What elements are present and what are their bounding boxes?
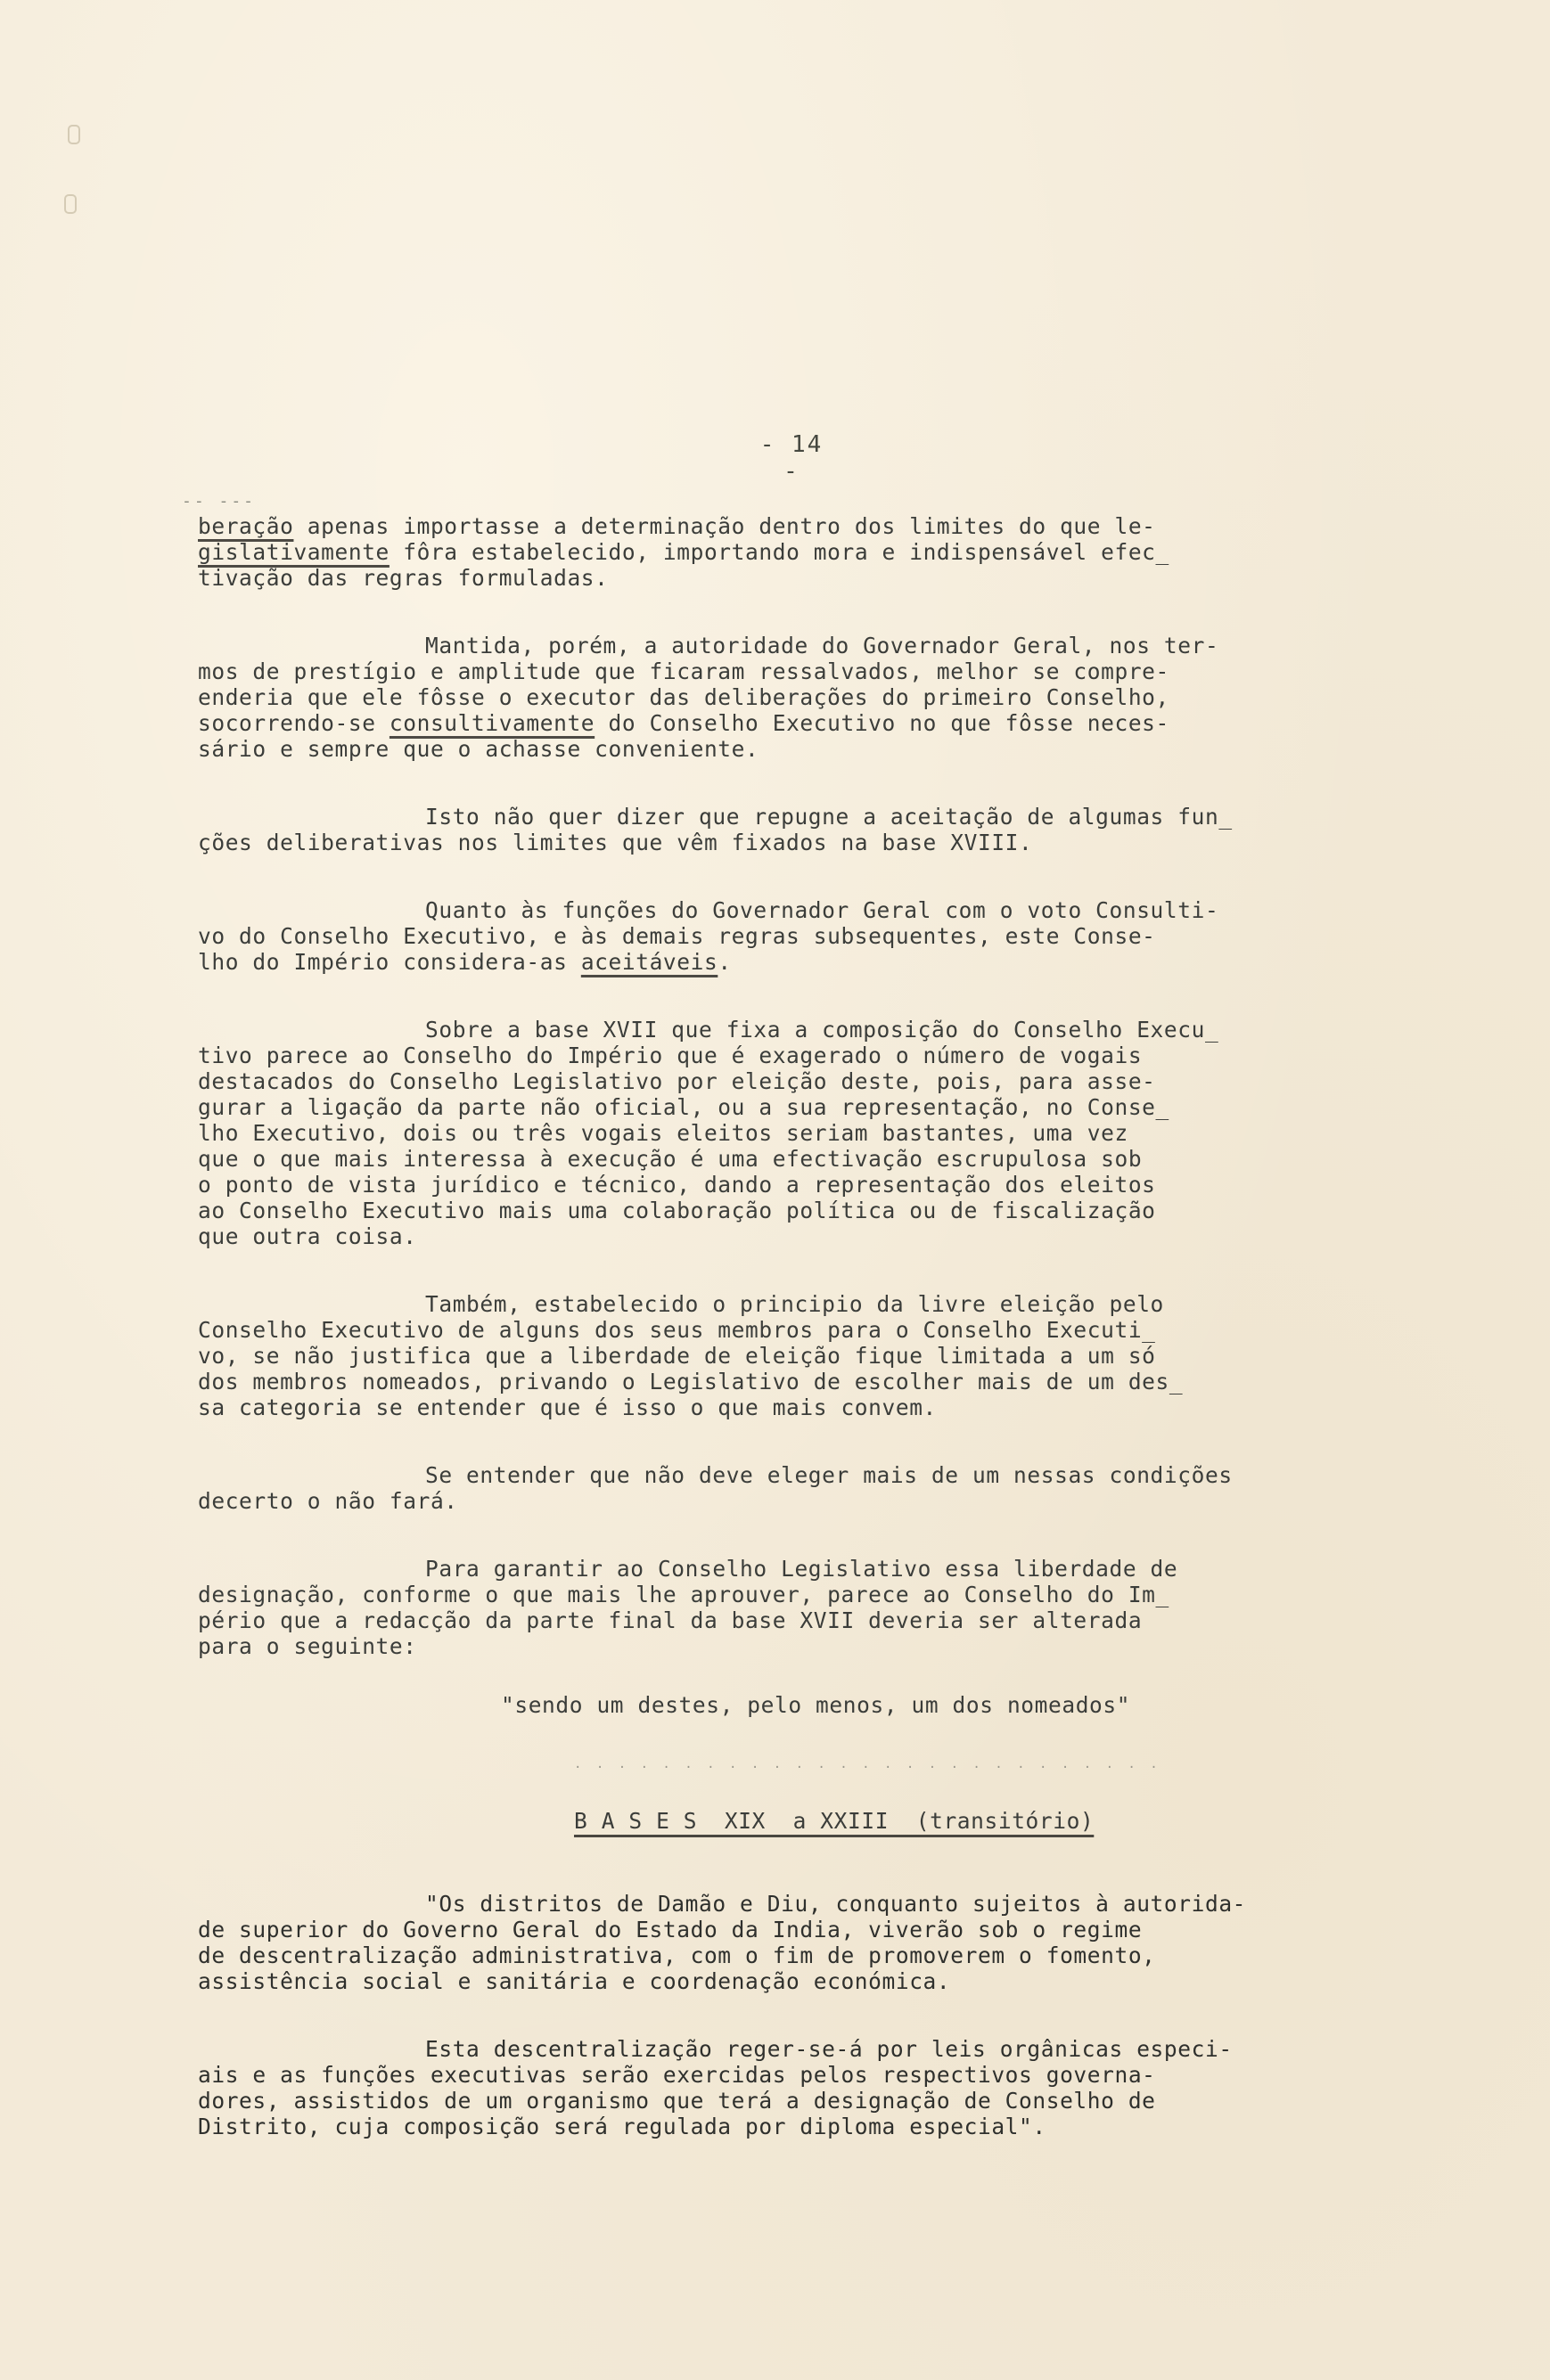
text-line: que outra coisa. (198, 1223, 1446, 1249)
text-line: o ponto de vista jurídico e técnico, dan… (198, 1172, 1446, 1198)
text-line: Distrito, cuja composição será regulada … (198, 2114, 1446, 2139)
paragraph: Também, estabelecido o principio da livr… (198, 1291, 1446, 1420)
text-line: Também, estabelecido o principio da livr… (198, 1291, 1446, 1317)
text-line: dos membros nomeados, privando o Legisla… (198, 1369, 1446, 1394)
text-line: para o seguinte: (198, 1633, 1446, 1659)
text-line: lho do Império considera-as aceitáveis. (198, 949, 1446, 975)
document-body: beração apenas importasse a determinação… (198, 513, 1446, 2181)
text-line: enderia que ele fôsse o executor das del… (198, 684, 1446, 710)
text-line: "Os distritos de Damão e Diu, conquanto … (198, 1891, 1446, 1917)
cropped-line-fragment: -- --- (182, 492, 256, 511)
text-line: gislativamente fôra estabelecido, import… (198, 539, 1446, 565)
line-rest: . (718, 949, 731, 975)
text-line: pério que a redacção da parte final da b… (198, 1607, 1446, 1633)
underlined-word: aceitáveis (581, 949, 718, 975)
underlined-word: gislativamente (198, 539, 390, 565)
text-line: lho Executivo, dois ou três vogais eleit… (198, 1120, 1446, 1146)
margin-punch-mark (68, 125, 80, 144)
underlined-word: consultivamente (390, 710, 595, 736)
line-rest: fôra estabelecido, importando mora e ind… (390, 539, 1169, 565)
text-line: Mantida, porém, a autoridade do Governad… (198, 633, 1446, 658)
text-line: Isto não quer dizer que repugne a aceita… (198, 804, 1446, 830)
text-line: vo do Conselho Executivo, e às demais re… (198, 923, 1446, 949)
text-line: de descentralização administrativa, com … (198, 1942, 1446, 1968)
line-start: lho do Império considera-as (198, 949, 581, 975)
text-line: que o que mais interessa à execução é um… (198, 1146, 1446, 1172)
text-line: ao Conselho Executivo mais uma colaboraç… (198, 1198, 1446, 1223)
text-line: beração apenas importasse a determinação… (198, 513, 1446, 539)
text-line: vo, se não justifica que a liberdade de … (198, 1343, 1446, 1369)
text-line: ções deliberativas nos limites que vêm f… (198, 830, 1446, 855)
paragraph: Isto não quer dizer que repugne a aceita… (198, 804, 1446, 855)
paragraph: Para garantir ao Conselho Legislativo es… (198, 1556, 1446, 1659)
line-rest: do Conselho Executivo no que fôsse neces… (595, 710, 1169, 736)
margin-punch-mark (64, 194, 77, 214)
text-line: mos de prestígio e amplitude que ficaram… (198, 658, 1446, 684)
section-heading: B A S E S XIX a XXIII (transitório) (198, 1808, 1446, 1834)
text-line: dores, assistidos de um organismo que te… (198, 2088, 1446, 2114)
text-line: designação, conforme o que mais lhe apro… (198, 1582, 1446, 1607)
quoted-paragraph: Esta descentralização reger-se-á por lei… (198, 2036, 1446, 2139)
text-line: Para garantir ao Conselho Legislativo es… (198, 1556, 1446, 1582)
line-start: socorrendo-se (198, 710, 390, 736)
text-line: sa categoria se entender que é isso o qu… (198, 1394, 1446, 1420)
text-line: Sobre a base XVII que fixa a composição … (198, 1017, 1446, 1043)
text-line: de superior do Governo Geral do Estado d… (198, 1917, 1446, 1942)
text-line: ais e as funções executivas serão exerci… (198, 2062, 1446, 2088)
text-line: sário e sempre que o achasse conveniente… (198, 736, 1446, 762)
text-line: gurar a ligação da parte não oficial, ou… (198, 1094, 1446, 1120)
paragraph: Mantida, porém, a autoridade do Governad… (198, 633, 1446, 762)
text-line: decerto o não fará. (198, 1488, 1446, 1514)
quoted-paragraph: "Os distritos de Damão e Diu, conquanto … (198, 1891, 1446, 1994)
separator-line: . . . . . . . . . . . . . . . . . . . . … (198, 1752, 1446, 1778)
page-number: - 14 - (747, 431, 836, 485)
text-line: Conselho Executivo de alguns dos seus me… (198, 1317, 1446, 1343)
paragraph: Quanto às funções do Governador Geral co… (198, 897, 1446, 975)
text-line: tivo parece ao Conselho do Império que é… (198, 1043, 1446, 1068)
text-line: assistência social e sanitária e coorden… (198, 1968, 1446, 1994)
text-line: destacados do Conselho Legislativo por e… (198, 1068, 1446, 1094)
document-page: - 14 - -- --- beração apenas importasse … (0, 0, 1550, 2380)
text-line: Quanto às funções do Governador Geral co… (198, 897, 1446, 923)
text-line: tivação das regras formuladas. (198, 565, 1446, 591)
text-line: Se entender que não deve eleger mais de … (198, 1462, 1446, 1488)
paragraph: Se entender que não deve eleger mais de … (198, 1462, 1446, 1514)
paragraph: beração apenas importasse a determinação… (198, 513, 1446, 591)
text-line: Esta descentralização reger-se-á por lei… (198, 2036, 1446, 2062)
text-line: socorrendo-se consultivamente do Conselh… (198, 710, 1446, 736)
paragraph: Sobre a base XVII que fixa a composição … (198, 1017, 1446, 1249)
line-rest: apenas importasse a determinação dentro … (293, 513, 1155, 539)
proposed-wording-quote: "sendo um destes, pelo menos, um dos nom… (198, 1692, 1446, 1718)
underlined-word: beração (198, 513, 293, 539)
